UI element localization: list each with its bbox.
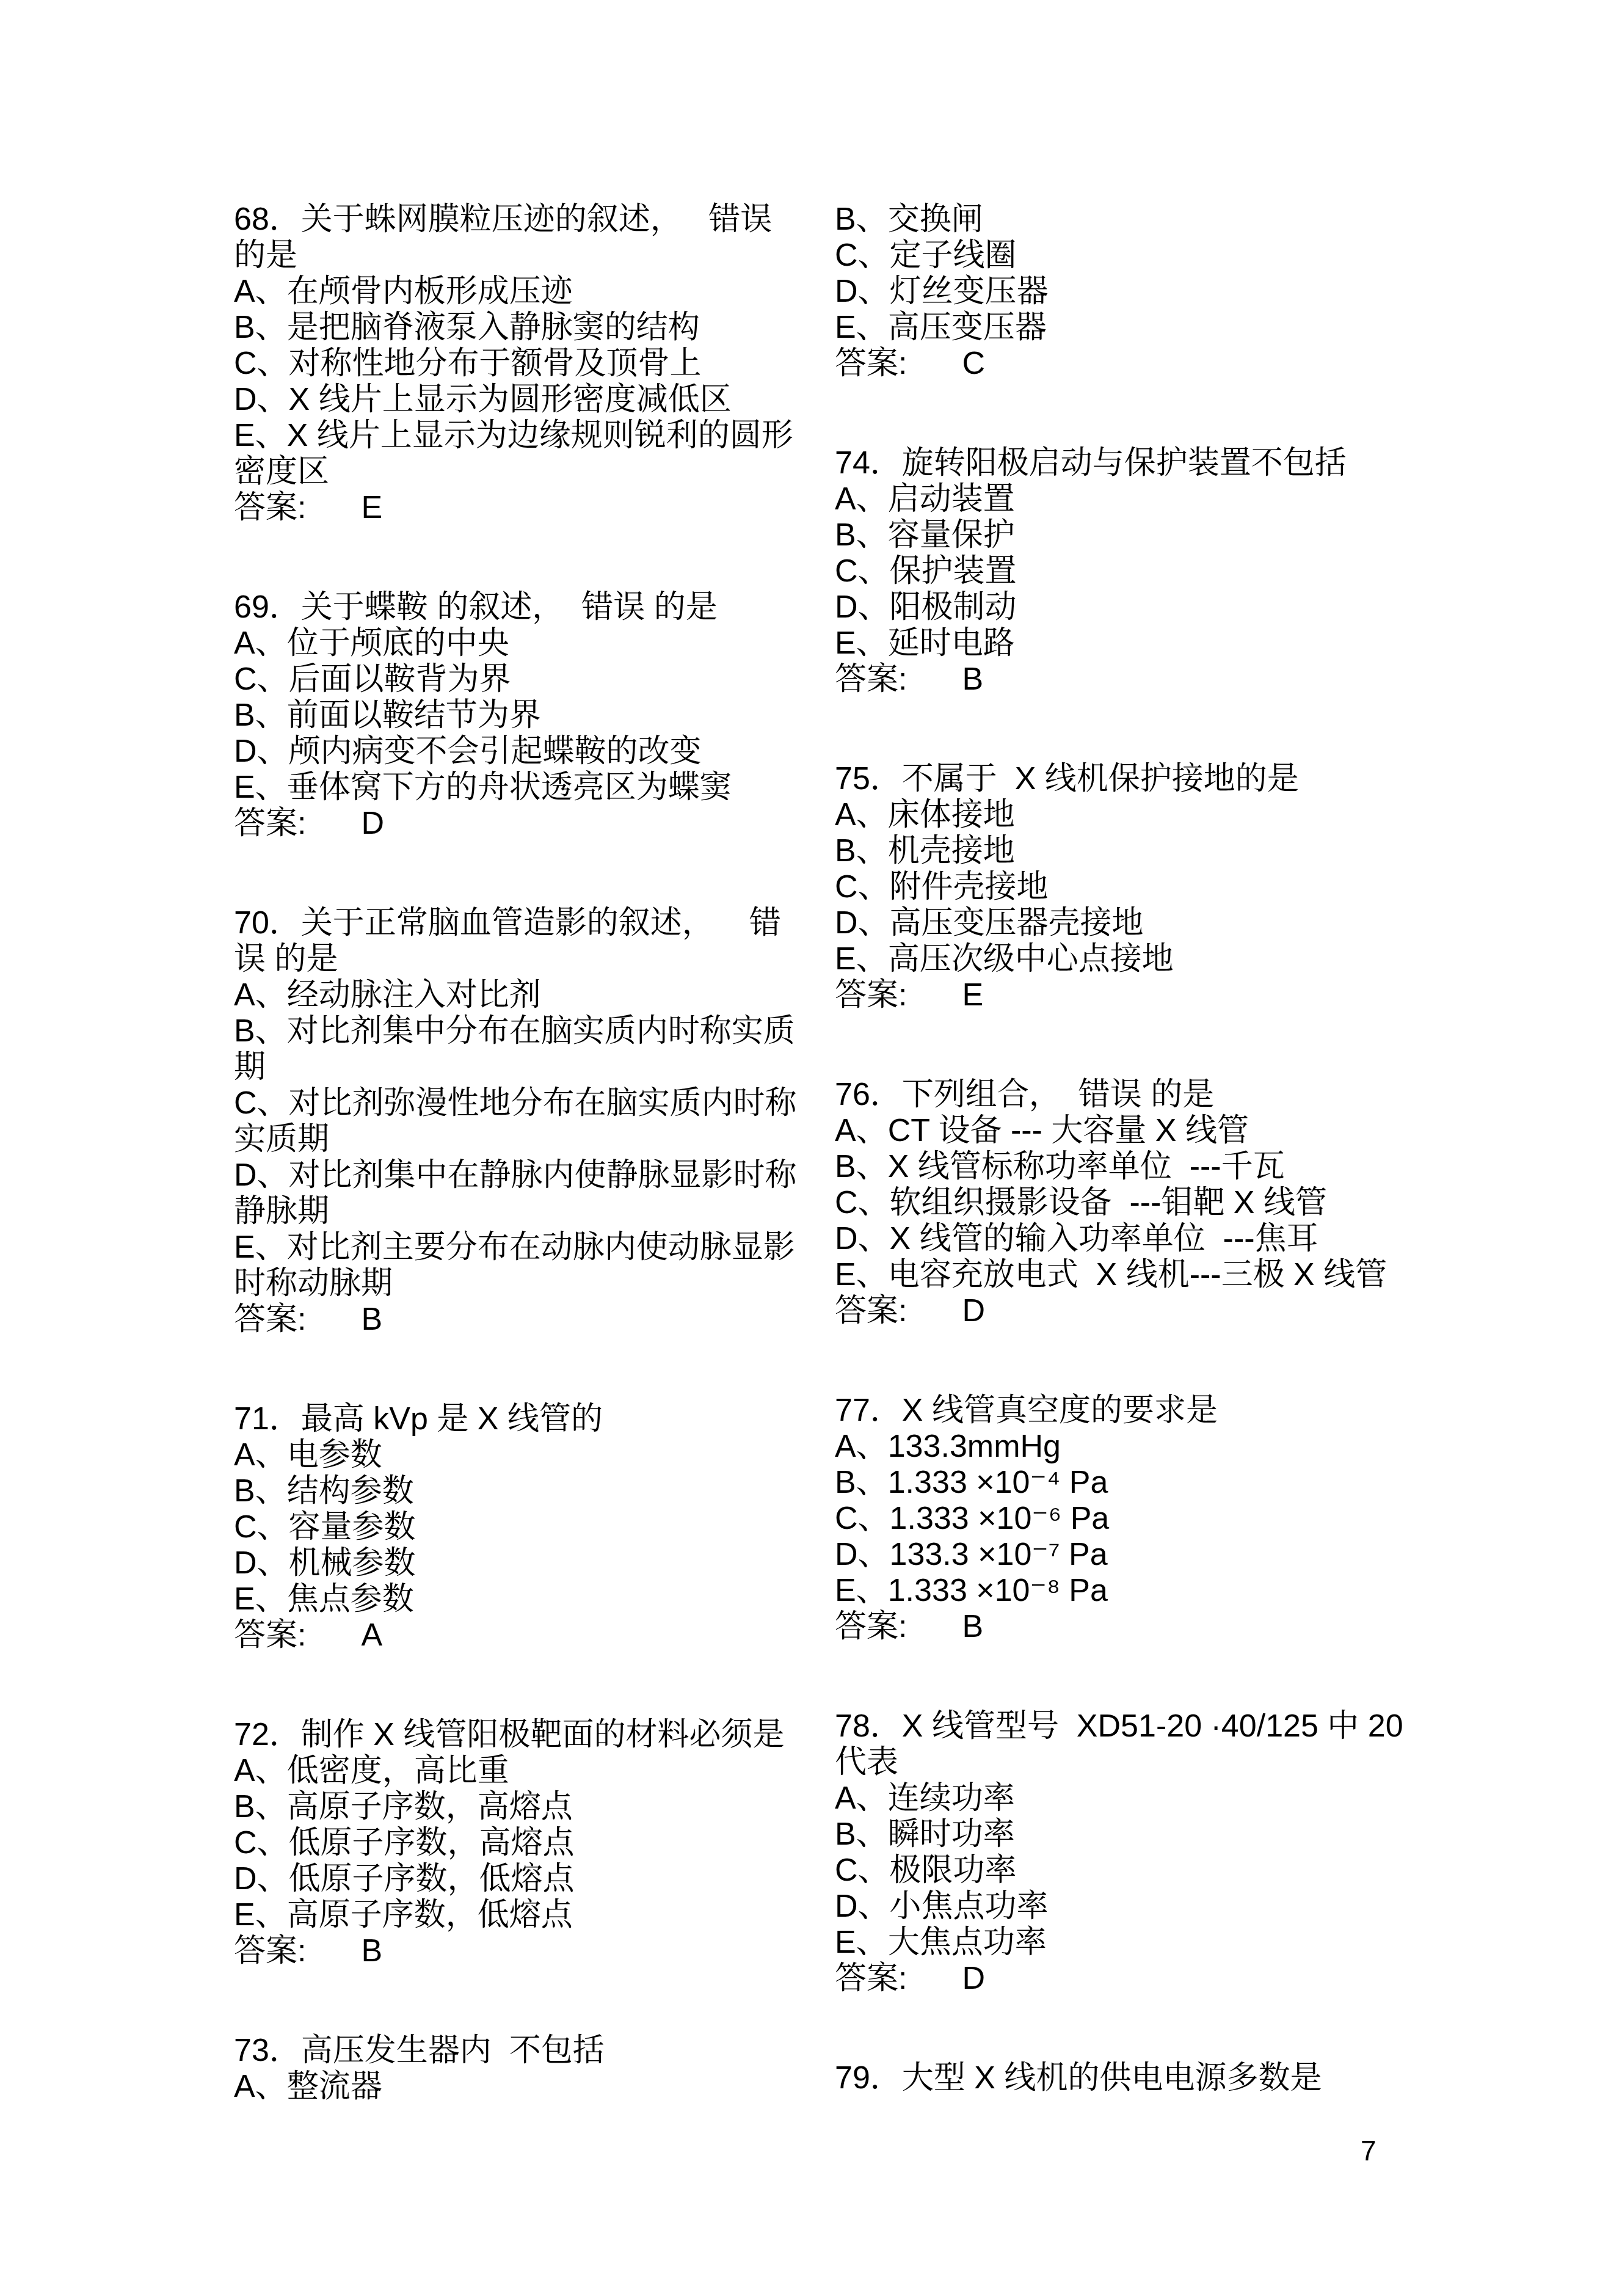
option-line: B、对比剂集中分布在脑实质内时称实质期 — [234, 1013, 811, 1085]
question-title: 73．高压发生器内 不包括 — [234, 2033, 811, 2069]
option-line: E、高压变压器 — [835, 310, 1412, 346]
question-block-q76: 76．下列组合， 错误 的是 A、CT 设备 --- 大容量 X 线管B、X 线… — [835, 1077, 1412, 1329]
question-title: 68．关于蛛网膜粒压迹的叙述， 错误 的是 — [234, 202, 811, 274]
option-line: C、附件壳接地 — [835, 869, 1412, 905]
question-title: 72．制作 X 线管阳极靶面的材料必须是 — [234, 1717, 811, 1753]
answer-value: B — [361, 1302, 383, 1337]
option-line: B、X 线管标称功率单位 ---千瓦 — [835, 1149, 1412, 1185]
answer-label: 答案: — [835, 661, 907, 697]
answer-label: 答案: — [835, 346, 907, 381]
option-line: C、低原子序数，高熔点 — [234, 1825, 811, 1861]
option-line: B、1.333 ×10⁻⁴ Pa — [835, 1465, 1412, 1501]
answer-label: 答案: — [234, 806, 306, 841]
question-block-q68: 68．关于蛛网膜粒压迹的叙述， 错误 的是 A、在颅骨内板形成压迹B、是把脑脊液… — [234, 202, 811, 526]
answer-row: 答案:B — [234, 1302, 811, 1338]
answer-value: B — [962, 661, 984, 697]
option-line: E、高原子序数，低熔点 — [234, 1897, 811, 1933]
option-line: A、低密度，高比重 — [234, 1753, 811, 1789]
option-line: A、133.3mmHg — [835, 1429, 1412, 1465]
question-block-q79: 79．大型 X 线机的供电电源多数是 — [835, 2060, 1412, 2096]
answer-label: 答案: — [234, 490, 306, 525]
option-line: E、延时电路 — [835, 625, 1412, 661]
option-line: C、后面以鞍背为界 — [234, 661, 811, 698]
option-line: A、位于颅底的中央 — [234, 625, 811, 661]
option-line: A、整流器 — [234, 2069, 811, 2105]
option-line: C、保护装置 — [835, 553, 1412, 589]
option-line: C、容量参数 — [234, 1509, 811, 1545]
answer-value: D — [962, 1293, 986, 1328]
option-line: D、小焦点功率 — [835, 1889, 1412, 1925]
option-line: E、电容充放电式 X 线机---三极 X 线管 — [835, 1257, 1412, 1293]
page-number: 7 — [1361, 2135, 1377, 2166]
answer-row: 答案:E — [234, 490, 811, 526]
option-line: C、1.333 ×10⁻⁶ Pa — [835, 1501, 1412, 1537]
question-block-q78: 78．X 线管型号 XD51-20 ·40/125 中 20 代表 A、连续功率… — [835, 1708, 1412, 1997]
option-line: B、高原子序数，高熔点 — [234, 1789, 811, 1825]
question-block-q77: 77．X 线管真空度的要求是 A、133.3mmHgB、1.333 ×10⁻⁴ … — [835, 1393, 1412, 1645]
option-line: E、焦点参数 — [234, 1581, 811, 1617]
answer-label: 答案: — [835, 977, 907, 1013]
option-line: B、机壳接地 — [835, 833, 1412, 869]
answer-label: 答案: — [835, 1609, 907, 1644]
option-line: C、对比剂弥漫性地分布在脑实质内时称实质期 — [234, 1085, 811, 1157]
question-title: 79．大型 X 线机的供电电源多数是 — [835, 2060, 1412, 2096]
question-title: 69．关于蝶鞍 的叙述， 错误 的是 — [234, 589, 811, 625]
answer-value: D — [361, 806, 385, 841]
answer-value: A — [361, 1617, 383, 1653]
answer-label: 答案: — [234, 1933, 306, 1969]
option-line: D、阳极制动 — [835, 589, 1412, 625]
option-line: A、在颅骨内板形成压迹 — [234, 274, 811, 310]
question-block-q71: 71．最高 kVp 是 X 线管的 A、电参数B、结构参数C、容量参数D、机械参… — [234, 1401, 811, 1653]
question-title: 70．关于正常脑血管造影的叙述， 错误 的是 — [234, 905, 811, 977]
question-title: 74．旋转阳极启动与保护装置不包括 — [835, 445, 1412, 481]
option-line: E、X 线片上显示为边缘规则锐利的圆形密度区 — [234, 418, 811, 490]
question-block-q73: 73．高压发生器内 不包括 A、整流器 — [234, 2033, 811, 2105]
option-line: D、低原子序数，低熔点 — [234, 1861, 811, 1897]
answer-label: 答案: — [234, 1617, 306, 1653]
question-block-q72: 72．制作 X 线管阳极靶面的材料必须是 A、低密度，高比重B、高原子序数，高熔… — [234, 1717, 811, 1969]
right-column: B、交换闸C、定子线圈D、灯丝变压器E、高压变压器答案:C 74．旋转阳极启动与… — [835, 202, 1412, 2160]
answer-row: 答案:A — [234, 1617, 811, 1653]
option-line: D、高压变压器壳接地 — [835, 905, 1412, 941]
question-title: 77．X 线管真空度的要求是 — [835, 1393, 1412, 1429]
answer-row: 答案:E — [835, 977, 1412, 1013]
option-line: C、极限功率 — [835, 1853, 1412, 1889]
option-line: E、大焦点功率 — [835, 1925, 1412, 1961]
option-line: E、垂体窝下方的舟状透亮区为蝶窦 — [234, 770, 811, 806]
option-line: B、交换闸 — [835, 202, 1412, 238]
answer-value: D — [962, 1961, 986, 1996]
option-line: A、CT 设备 --- 大容量 X 线管 — [835, 1113, 1412, 1149]
option-line: B、结构参数 — [234, 1473, 811, 1509]
question-title: 78．X 线管型号 XD51-20 ·40/125 中 20 代表 — [835, 1708, 1412, 1780]
option-line: B、容量保护 — [835, 517, 1412, 553]
option-line: D、X 线片上显示为圆形密度减低区 — [234, 382, 811, 418]
option-line: D、133.3 ×10⁻⁷ Pa — [835, 1537, 1412, 1573]
answer-value: E — [361, 490, 383, 525]
document-page: 68．关于蛛网膜粒压迹的叙述， 错误 的是 A、在颅骨内板形成压迹B、是把脑脊液… — [0, 0, 1622, 2296]
answer-value: C — [962, 346, 986, 381]
question-block-q69: 69．关于蝶鞍 的叙述， 错误 的是 A、位于颅底的中央C、后面以鞍背为界B、前… — [234, 589, 811, 842]
option-line: E、高压次级中心点接地 — [835, 941, 1412, 977]
option-line: E、对比剂主要分布在动脉内使动脉显影时称动脉期 — [234, 1230, 811, 1302]
option-line: C、定子线圈 — [835, 238, 1412, 274]
option-line: A、电参数 — [234, 1437, 811, 1473]
option-line: D、灯丝变压器 — [835, 274, 1412, 310]
option-line: D、颅内病变不会引起蝶鞍的改变 — [234, 734, 811, 770]
question-title: 76．下列组合， 错误 的是 — [835, 1077, 1412, 1113]
question-block-q70: 70．关于正常脑血管造影的叙述， 错误 的是 A、经动脉注入对比剂B、对比剂集中… — [234, 905, 811, 1338]
left-column: 68．关于蛛网膜粒压迹的叙述， 错误 的是 A、在颅骨内板形成压迹B、是把脑脊液… — [234, 202, 811, 2168]
answer-row: 答案:C — [835, 346, 1412, 382]
answer-label: 答案: — [234, 1302, 306, 1337]
answer-value: B — [361, 1933, 383, 1969]
answer-value: B — [962, 1609, 984, 1644]
answer-row: 答案:B — [835, 661, 1412, 698]
answer-value: E — [962, 977, 984, 1013]
option-line: D、机械参数 — [234, 1545, 811, 1581]
option-line: A、启动装置 — [835, 481, 1412, 517]
answer-row: 答案:B — [234, 1933, 811, 1969]
option-line: B、是把脑脊液泵入静脉窦的结构 — [234, 310, 811, 346]
option-line: A、连续功率 — [835, 1780, 1412, 1817]
option-line: B、前面以鞍结节为界 — [234, 698, 811, 734]
answer-row: 答案:D — [835, 1961, 1412, 1997]
question-title: 71．最高 kVp 是 X 线管的 — [234, 1401, 811, 1437]
answer-row: 答案:D — [835, 1293, 1412, 1329]
question-block-q73-continued: B、交换闸C、定子线圈D、灯丝变压器E、高压变压器答案:C — [835, 202, 1412, 382]
question-title: 75．不属于 X 线机保护接地的是 — [835, 761, 1412, 797]
option-line: D、X 线管的输入功率单位 ---焦耳 — [835, 1221, 1412, 1257]
answer-label: 答案: — [835, 1961, 907, 1996]
answer-label: 答案: — [835, 1293, 907, 1328]
answer-row: 答案:D — [234, 806, 811, 842]
answer-row: 答案:B — [835, 1609, 1412, 1645]
option-line: D、对比剂集中在静脉内使静脉显影时称静脉期 — [234, 1157, 811, 1230]
question-block-q74: 74．旋转阳极启动与保护装置不包括 A、启动装置B、容量保护C、保护装置D、阳极… — [835, 445, 1412, 698]
question-block-q75: 75．不属于 X 线机保护接地的是 A、床体接地B、机壳接地C、附件壳接地D、高… — [835, 761, 1412, 1013]
option-line: A、床体接地 — [835, 797, 1412, 833]
option-line: C、软组织摄影设备 ---钼靶 X 线管 — [835, 1185, 1412, 1221]
option-line: E、1.333 ×10⁻⁸ Pa — [835, 1573, 1412, 1609]
option-line: B、瞬时功率 — [835, 1817, 1412, 1853]
option-line: C、对称性地分布于额骨及顶骨上 — [234, 346, 811, 382]
option-line: A、经动脉注入对比剂 — [234, 977, 811, 1013]
